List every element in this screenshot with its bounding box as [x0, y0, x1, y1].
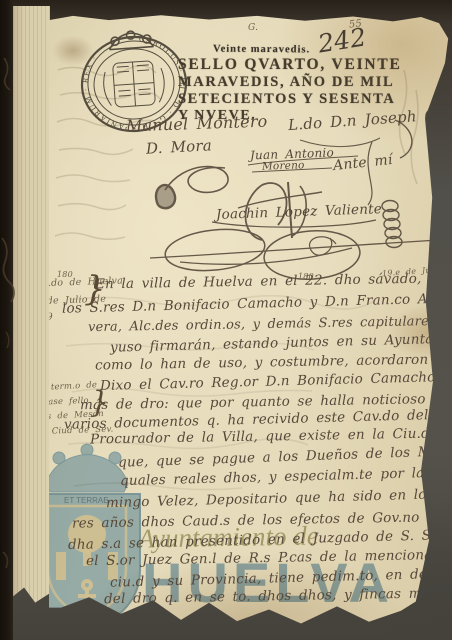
interline-note: 180 — [57, 271, 73, 279]
manuscript-page: ET TERRAE PORTUS MARIS — [49, 14, 449, 626]
scanned-manuscript-photo: ET TERRAE PORTUS MARIS — [0, 0, 452, 640]
